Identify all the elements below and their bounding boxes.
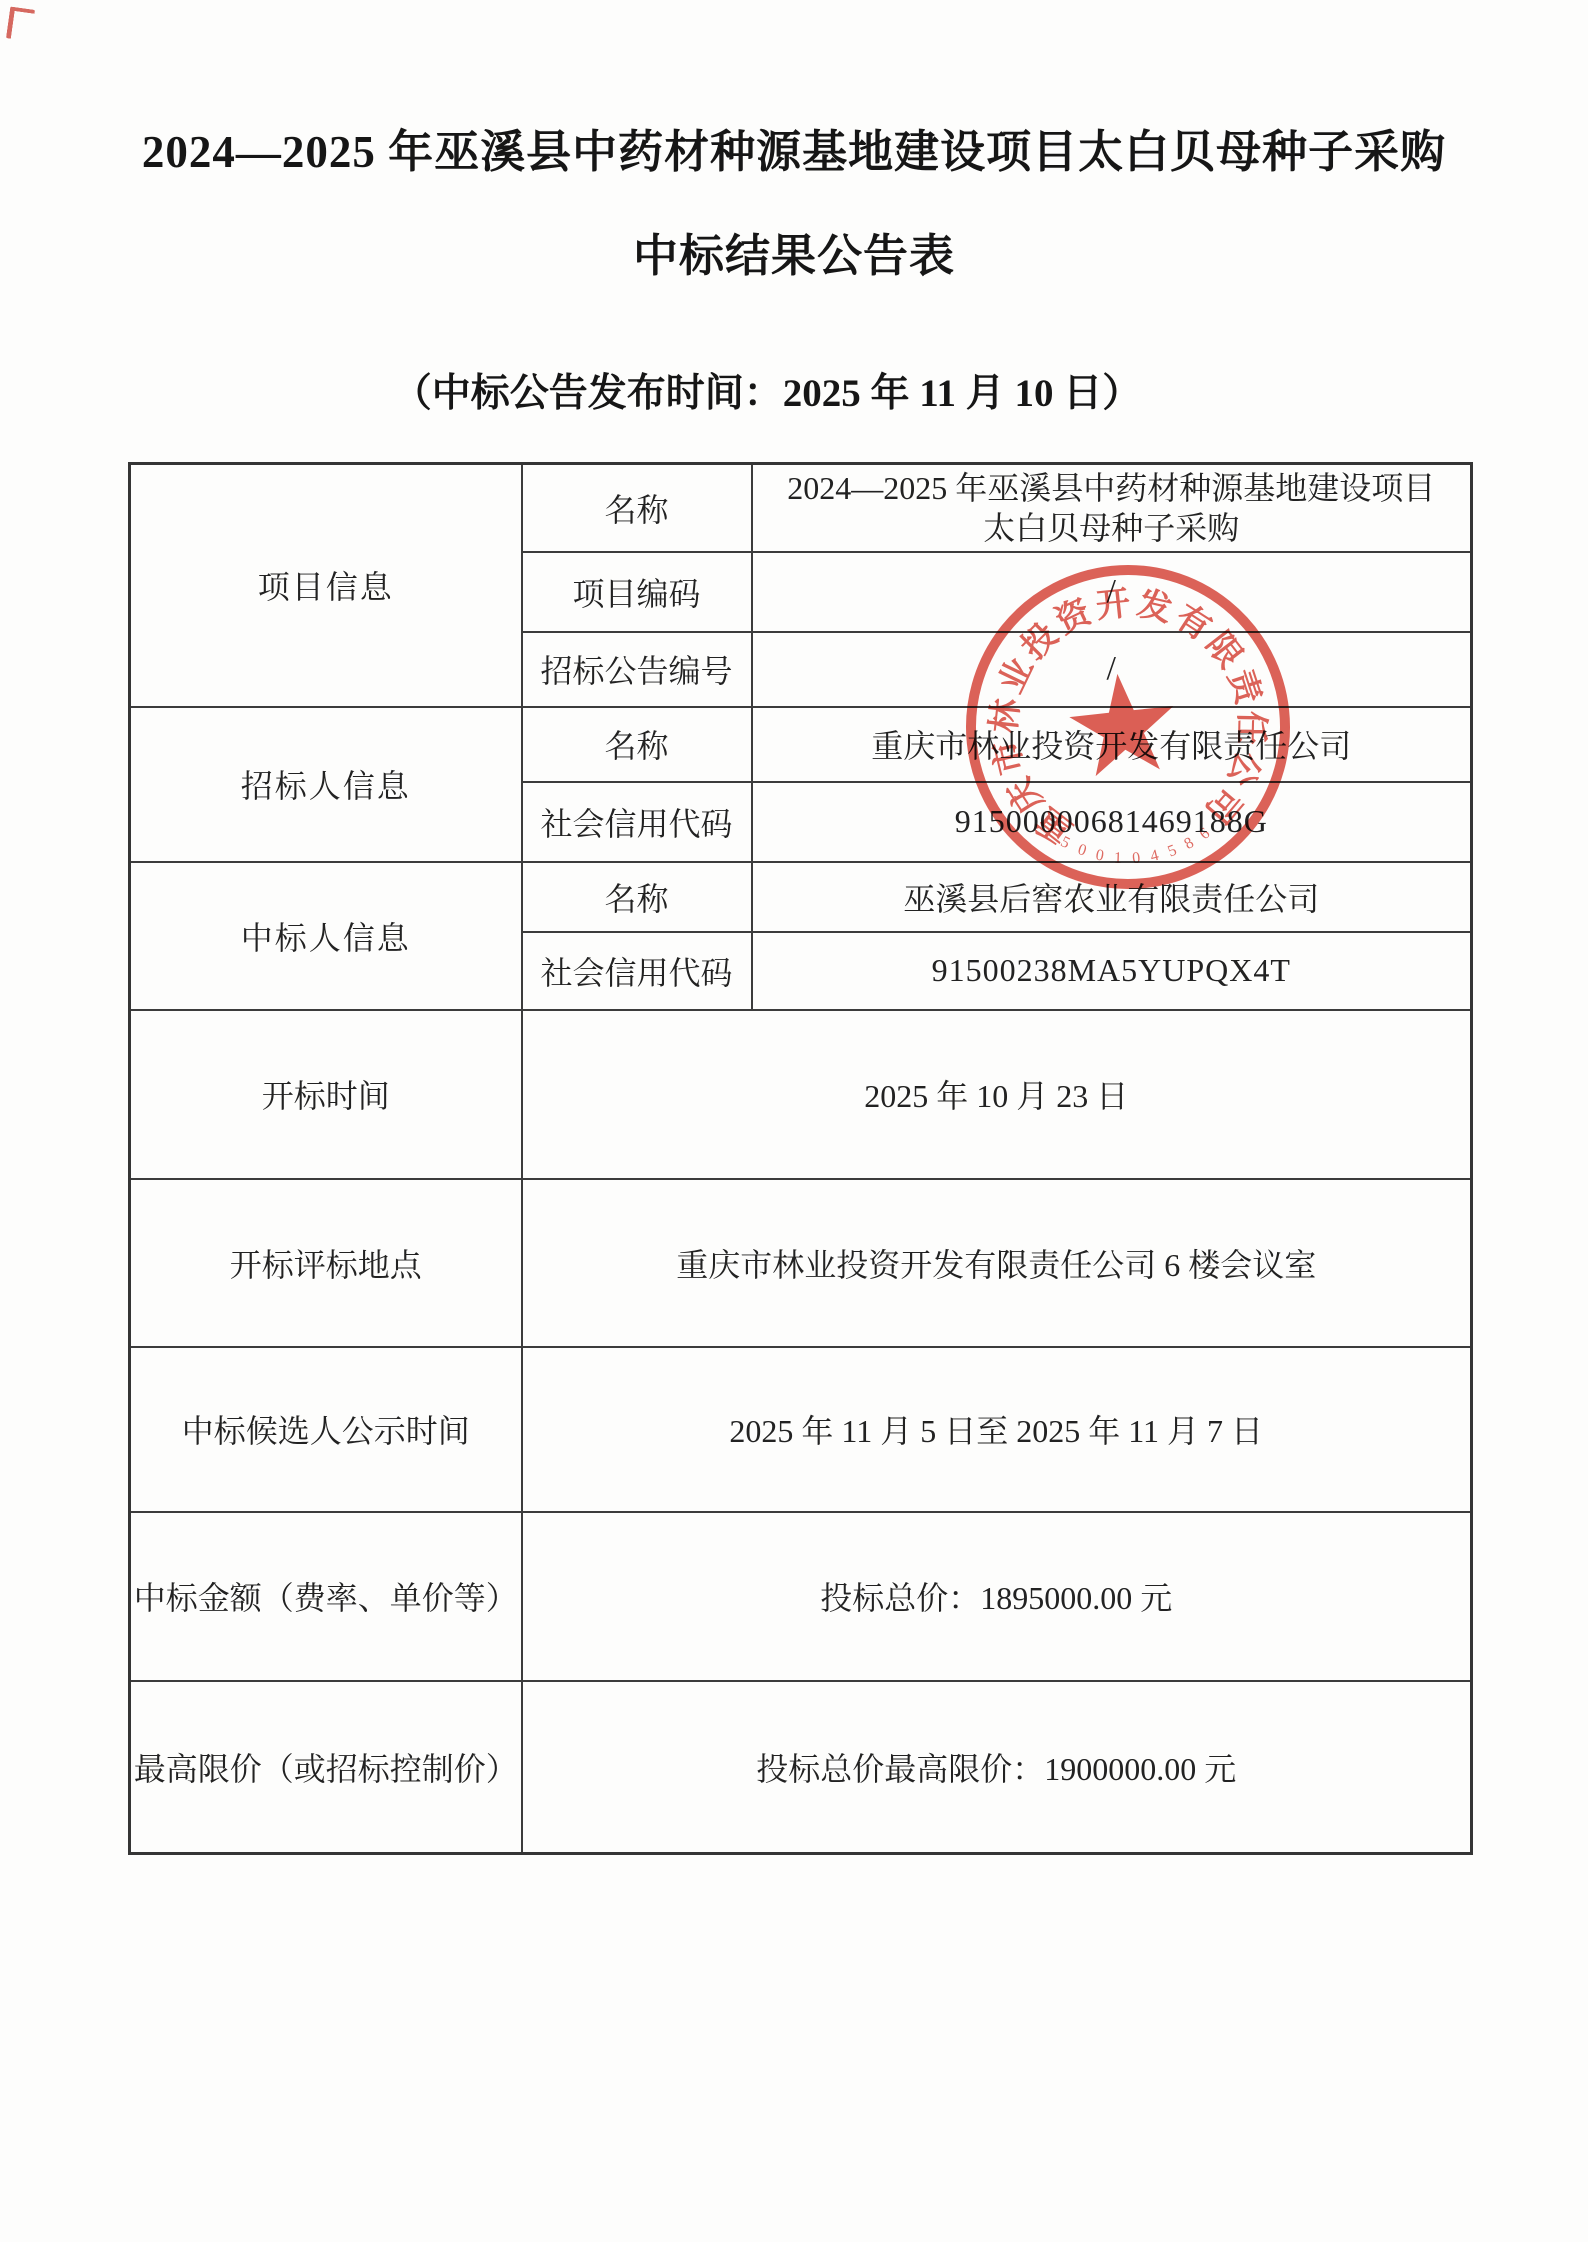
table-row: 中标金额（费率、单价等） 投标总价：1895000.00 元 bbox=[130, 1512, 1472, 1681]
bid-result-table: 项目信息 名称 2024—2025 年巫溪县中药材种源基地建设项目 太白贝母种子… bbox=[128, 462, 1473, 1855]
max-limit-price-label: 最高限价（或招标控制价） bbox=[130, 1681, 522, 1854]
bid-opening-place-value: 重庆市林业投资开发有限责任公司 6 楼会议室 bbox=[522, 1179, 1472, 1347]
winner-name-value: 巫溪县后窖农业有限责任公司 bbox=[752, 862, 1472, 932]
bid-opening-place-label: 开标评标地点 bbox=[130, 1179, 522, 1347]
candidate-publicity-time-label: 中标候选人公示时间 bbox=[130, 1347, 522, 1512]
document-title-line2: 中标结果公告表 bbox=[0, 230, 1588, 282]
project-name-value-line1: 2024—2025 年巫溪县中药材种源基地建设项目 bbox=[753, 468, 1471, 508]
project-name-label: 名称 bbox=[522, 464, 752, 552]
tenderer-credit-code-label: 社会信用代码 bbox=[522, 782, 752, 862]
project-code-label: 项目编码 bbox=[522, 552, 752, 632]
tender-notice-no-label: 招标公告编号 bbox=[522, 632, 752, 707]
project-code-value: / bbox=[752, 552, 1472, 632]
table-row: 项目信息 名称 2024—2025 年巫溪县中药材种源基地建设项目 太白贝母种子… bbox=[130, 464, 1472, 552]
project-info-group-label: 项目信息 bbox=[130, 464, 522, 707]
table-row: 中标候选人公示时间 2025 年 11 月 5 日至 2025 年 11 月 7… bbox=[130, 1347, 1472, 1512]
tenderer-name-value: 重庆市林业投资开发有限责任公司 bbox=[752, 707, 1472, 782]
document-title-line1: 2024—2025 年巫溪县中药材种源基地建设项目太白贝母种子采购 bbox=[0, 126, 1588, 178]
scanned-announcement-page: 2024—2025 年巫溪县中药材种源基地建设项目太白贝母种子采购 中标结果公告… bbox=[0, 0, 1588, 2242]
tenderer-group-label: 招标人信息 bbox=[130, 707, 522, 862]
bid-opening-time-value: 2025 年 10 月 23 日 bbox=[522, 1010, 1472, 1179]
project-name-value-line2: 太白贝母种子采购 bbox=[753, 508, 1471, 548]
project-name-value: 2024—2025 年巫溪县中药材种源基地建设项目 太白贝母种子采购 bbox=[752, 464, 1472, 552]
table-row: 中标人信息 名称 巫溪县后窖农业有限责任公司 bbox=[130, 862, 1472, 932]
award-amount-label: 中标金额（费率、单价等） bbox=[130, 1512, 522, 1681]
table-row: 最高限价（或招标控制价） 投标总价最高限价：1900000.00 元 bbox=[130, 1681, 1472, 1854]
tenderer-name-label: 名称 bbox=[522, 707, 752, 782]
winner-name-label: 名称 bbox=[522, 862, 752, 932]
scan-artifact-red-mark bbox=[6, 6, 35, 41]
winner-credit-code-label: 社会信用代码 bbox=[522, 932, 752, 1010]
table-row: 开标评标地点 重庆市林业投资开发有限责任公司 6 楼会议室 bbox=[130, 1179, 1472, 1347]
max-limit-price-value: 投标总价最高限价：1900000.00 元 bbox=[522, 1681, 1472, 1854]
bid-opening-time-label: 开标时间 bbox=[130, 1010, 522, 1179]
table-row: 招标人信息 名称 重庆市林业投资开发有限责任公司 bbox=[130, 707, 1472, 782]
candidate-publicity-time-value: 2025 年 11 月 5 日至 2025 年 11 月 7 日 bbox=[522, 1347, 1472, 1512]
winner-group-label: 中标人信息 bbox=[130, 862, 522, 1010]
publish-time-line: （中标公告发布时间：2025 年 11 月 10 日） bbox=[0, 362, 1588, 418]
award-amount-value: 投标总价：1895000.00 元 bbox=[522, 1512, 1472, 1681]
winner-credit-code-value: 91500238MA5YUPQX4T bbox=[752, 932, 1472, 1010]
tenderer-credit-code-value: 91500000681469188G bbox=[752, 782, 1472, 862]
table-row: 开标时间 2025 年 10 月 23 日 bbox=[130, 1010, 1472, 1179]
tender-notice-no-value: / bbox=[752, 632, 1472, 707]
